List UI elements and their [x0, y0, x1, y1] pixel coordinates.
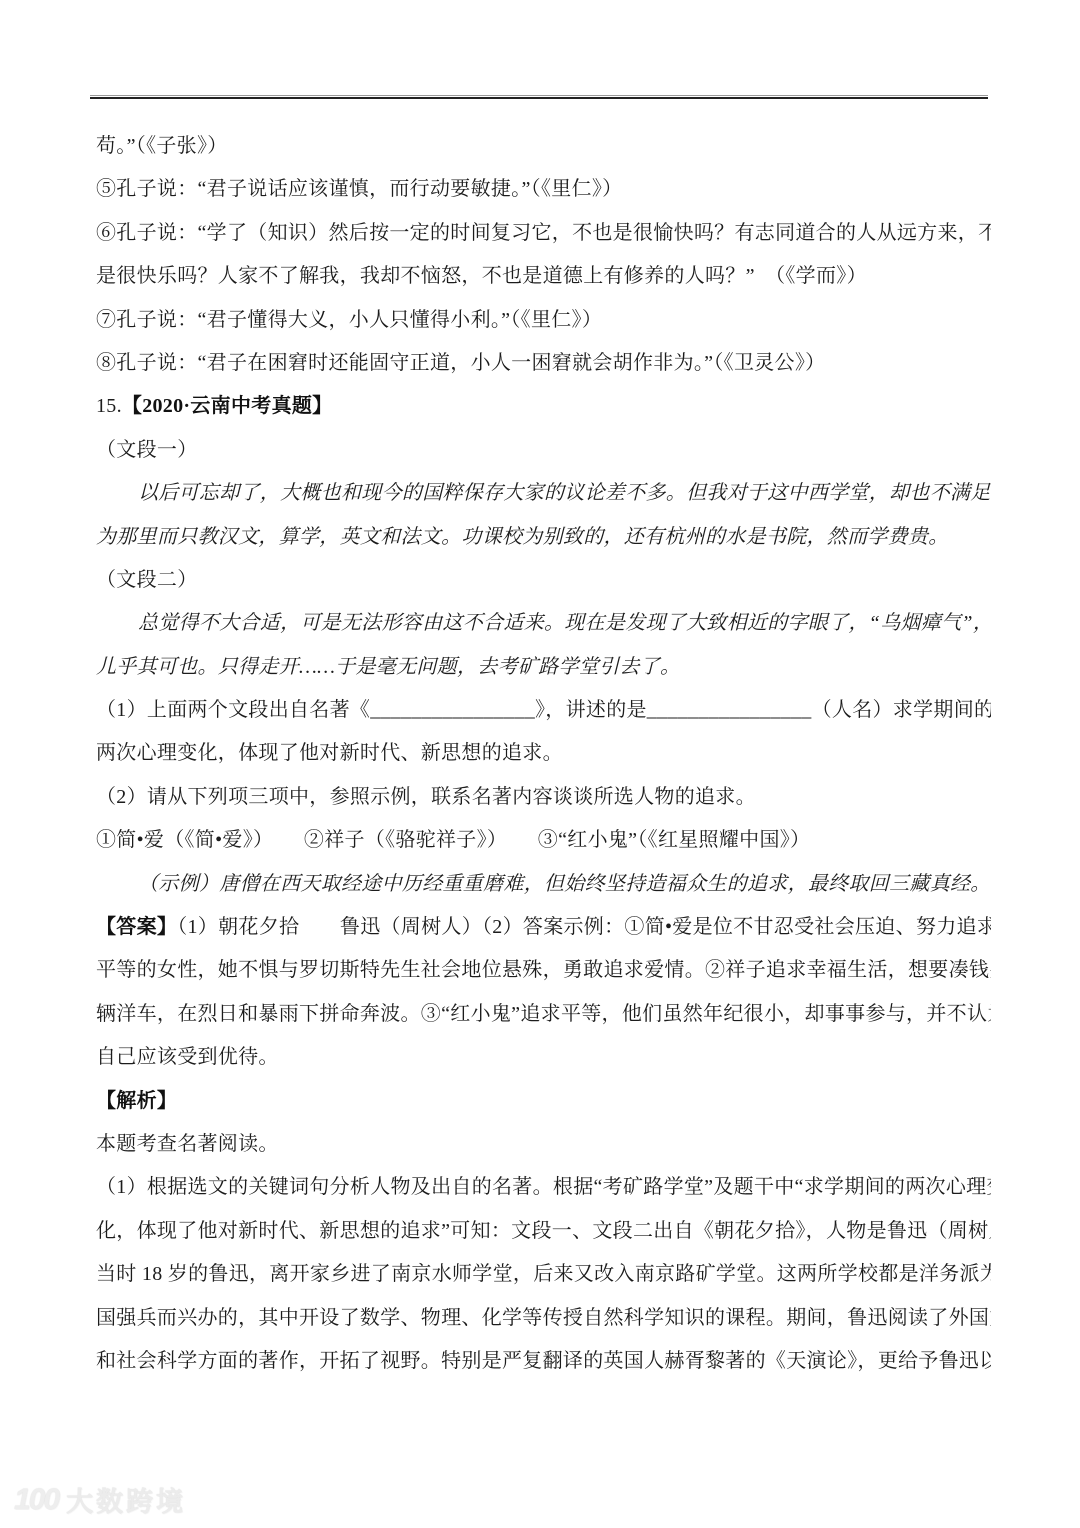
text-line: 辆洋车，在烈日和暴雨下拼命奔波。③“红小鬼”追求平等，他们虽然年纪很小，却事事参… [96, 993, 991, 1036]
text-segment: 两次心理变化，体现了他对新时代、新思想的追求。 [96, 742, 563, 764]
text-segment: ⑦孔子说：“君子懂得大义，小人只懂得小利。”（《里仁》） [96, 309, 602, 331]
text-segment: 是很快乐吗？人家不了解我，我却不恼怒，不也是道德上有修养的人吗？” （《学而》） [96, 265, 867, 287]
text-segment: （1）根据选文的关键词句分析人物及出自的名著。根据“考矿路学堂”及题干中“求学期… [96, 1176, 991, 1198]
text-line: 本题考查名著阅读。 [96, 1123, 991, 1166]
text-line: （1）上面两个文段出自名著《________________》，讲述的是____… [96, 689, 991, 732]
text-segment: ①简•爱（《简•爱》） ②祥子（《骆驼祥子》） ③“红小鬼”（《红星照耀中国》） [96, 829, 810, 851]
text-segment: 总觉得不大合适，可是无法形容由这不合适来。现在是发现了大致相近的字眼了，“乌烟瘴… [138, 612, 991, 634]
text-line: 化，体现了他对新时代、新思想的追求”可知：文段一、文段二出自《朝花夕拾》，人物是… [96, 1210, 991, 1253]
bold-label: 【解析】 [96, 1090, 177, 1112]
text-line: 和社会科学方面的著作，开拓了视野。特别是严复翻译的英国人赫胥黎著的《天演论》，更… [96, 1340, 991, 1383]
text-line: ⑦孔子说：“君子懂得大义，小人只懂得小利。”（《里仁》） [96, 299, 991, 342]
text-line: 儿乎其可也。只得走开……于是毫无问题，去考矿路学堂引去了。 [96, 646, 991, 689]
text-segment: 儿乎其可也。只得走开……于是毫无问题，去考矿路学堂引去了。 [96, 656, 680, 678]
watermark-text: 大数跨境 [66, 1480, 186, 1519]
text-segment: 以后可忘却了，大概也和现今的国粹保存大家的议论差不多。但我对于这中西学堂，却也不… [138, 482, 991, 504]
text-segment: （2）请从下列项三项中，参照示例，联系名著内容谈谈所选人物的追求。 [96, 786, 756, 808]
text-line: 是很快乐吗？人家不了解我，我却不恼怒，不也是道德上有修养的人吗？” （《学而》） [96, 255, 991, 298]
text-segment: 平等的女性，她不惧与罗切斯特先生社会地位悬殊，勇敢追求爱情。②祥子追求幸福生活，… [96, 959, 991, 981]
text-segment: （1）朝花夕拾 鲁迅（周树人）（2）答案示例：①简•爱是位不甘忍受社会压迫、努力… [177, 916, 991, 938]
text-segment: 苟。”（《子张》） [96, 135, 228, 157]
text-segment: 15. [96, 395, 122, 417]
text-segment: 自己应该受到优待。 [96, 1046, 279, 1068]
text-line: ⑥孔子说：“学了（知识）然后按一定的时间复习它，不也是很愉快吗？有志同道合的人从… [96, 212, 991, 255]
text-segment: （文段二） [96, 569, 198, 591]
text-line: 自己应该受到优待。 [96, 1036, 991, 1079]
bold-label: 【答案】 [96, 916, 177, 938]
text-segment: 国强兵而兴办的，其中开设了数学、物理、化学等传授自然科学知识的课程。期间，鲁迅阅… [96, 1307, 991, 1329]
text-line: 【解析】 [96, 1080, 991, 1123]
text-line: 总觉得不大合适，可是无法形容由这不合适来。现在是发现了大致相近的字眼了，“乌烟瘴… [96, 602, 991, 645]
text-line: 国强兵而兴办的，其中开设了数学、物理、化学等传授自然科学知识的课程。期间，鲁迅阅… [96, 1297, 991, 1340]
watermark: 100 大数跨境 [14, 1480, 186, 1519]
text-segment: 本题考查名著阅读。 [96, 1133, 279, 1155]
text-line: （文段二） [96, 559, 991, 602]
text-segment: （文段一） [96, 439, 198, 461]
text-segment: （1）上面两个文段出自名著《________________》，讲述的是____… [96, 699, 991, 721]
text-line: 平等的女性，她不惧与罗切斯特先生社会地位悬殊，勇敢追求爱情。②祥子追求幸福生活，… [96, 949, 991, 992]
text-line: 当时 18 岁的鲁迅，离开家乡进了南京水师学堂，后来又改入南京路矿学堂。这两所学… [96, 1253, 991, 1296]
text-segment: 为那里而只教汉文，算学，英文和法文。功课校为别致的，还有杭州的水是书院，然而学费… [96, 526, 949, 548]
text-line: 以后可忘却了，大概也和现今的国粹保存大家的议论差不多。但我对于这中西学堂，却也不… [96, 472, 991, 515]
page-header-rule [90, 95, 988, 99]
text-segment: ⑧孔子说：“君子在困窘时还能固守正道，小人一困窘就会胡作非为。”（《卫灵公》） [96, 352, 825, 374]
text-line: （2）请从下列项三项中，参照示例，联系名著内容谈谈所选人物的追求。 [96, 776, 991, 819]
text-line: 15.【2020·云南中考真题】 [96, 385, 991, 428]
text-line: ⑧孔子说：“君子在困窘时还能固守正道，小人一困窘就会胡作非为。”（《卫灵公》） [96, 342, 991, 385]
bold-label: 【2020·云南中考真题】 [122, 395, 333, 417]
text-segment: 化，体现了他对新时代、新思想的追求”可知：文段一、文段二出自《朝花夕拾》，人物是… [96, 1220, 991, 1242]
text-segment: ⑥孔子说：“学了（知识）然后按一定的时间复习它，不也是很愉快吗？有志同道合的人从… [96, 222, 991, 244]
text-segment: ⑤孔子说：“君子说话应该谨慎，而行动要敏捷。”（《里仁》） [96, 178, 622, 200]
text-line: 两次心理变化，体现了他对新时代、新思想的追求。 [96, 732, 991, 775]
text-line: 【答案】（1）朝花夕拾 鲁迅（周树人）（2）答案示例：①简•爱是位不甘忍受社会压… [96, 906, 991, 949]
text-line: 苟。”（《子张》） [96, 125, 991, 168]
text-line: （文段一） [96, 429, 991, 472]
text-line: ⑤孔子说：“君子说话应该谨慎，而行动要敏捷。”（《里仁》） [96, 168, 991, 211]
text-segment: （示例）唐僧在西天取经途中历经重重磨难，但始终坚持造福众生的追求，最终取回三藏真… [138, 873, 991, 895]
watermark-logo-icon: 100 [14, 1483, 58, 1517]
text-line: 为那里而只教汉文，算学，英文和法文。功课校为别致的，还有杭州的水是书院，然而学费… [96, 516, 991, 559]
text-line: （示例）唐僧在西天取经途中历经重重磨难，但始终坚持造福众生的追求，最终取回三藏真… [96, 863, 991, 906]
text-line: ①简•爱（《简•爱》） ②祥子（《骆驼祥子》） ③“红小鬼”（《红星照耀中国》） [96, 819, 991, 862]
text-segment: 当时 18 岁的鲁迅，离开家乡进了南京水师学堂，后来又改入南京路矿学堂。这两所学… [96, 1263, 991, 1285]
text-line: （1）根据选文的关键词句分析人物及出自的名著。根据“考矿路学堂”及题干中“求学期… [96, 1166, 991, 1209]
text-segment: 辆洋车，在烈日和暴雨下拼命奔波。③“红小鬼”追求平等，他们虽然年纪很小，却事事参… [96, 1003, 991, 1025]
text-segment: 和社会科学方面的著作，开拓了视野。特别是严复翻译的英国人赫胥黎著的《天演论》，更… [96, 1350, 991, 1372]
document-body: 苟。”（《子张》）⑤孔子说：“君子说话应该谨慎，而行动要敏捷。”（《里仁》）⑥孔… [96, 125, 991, 1383]
